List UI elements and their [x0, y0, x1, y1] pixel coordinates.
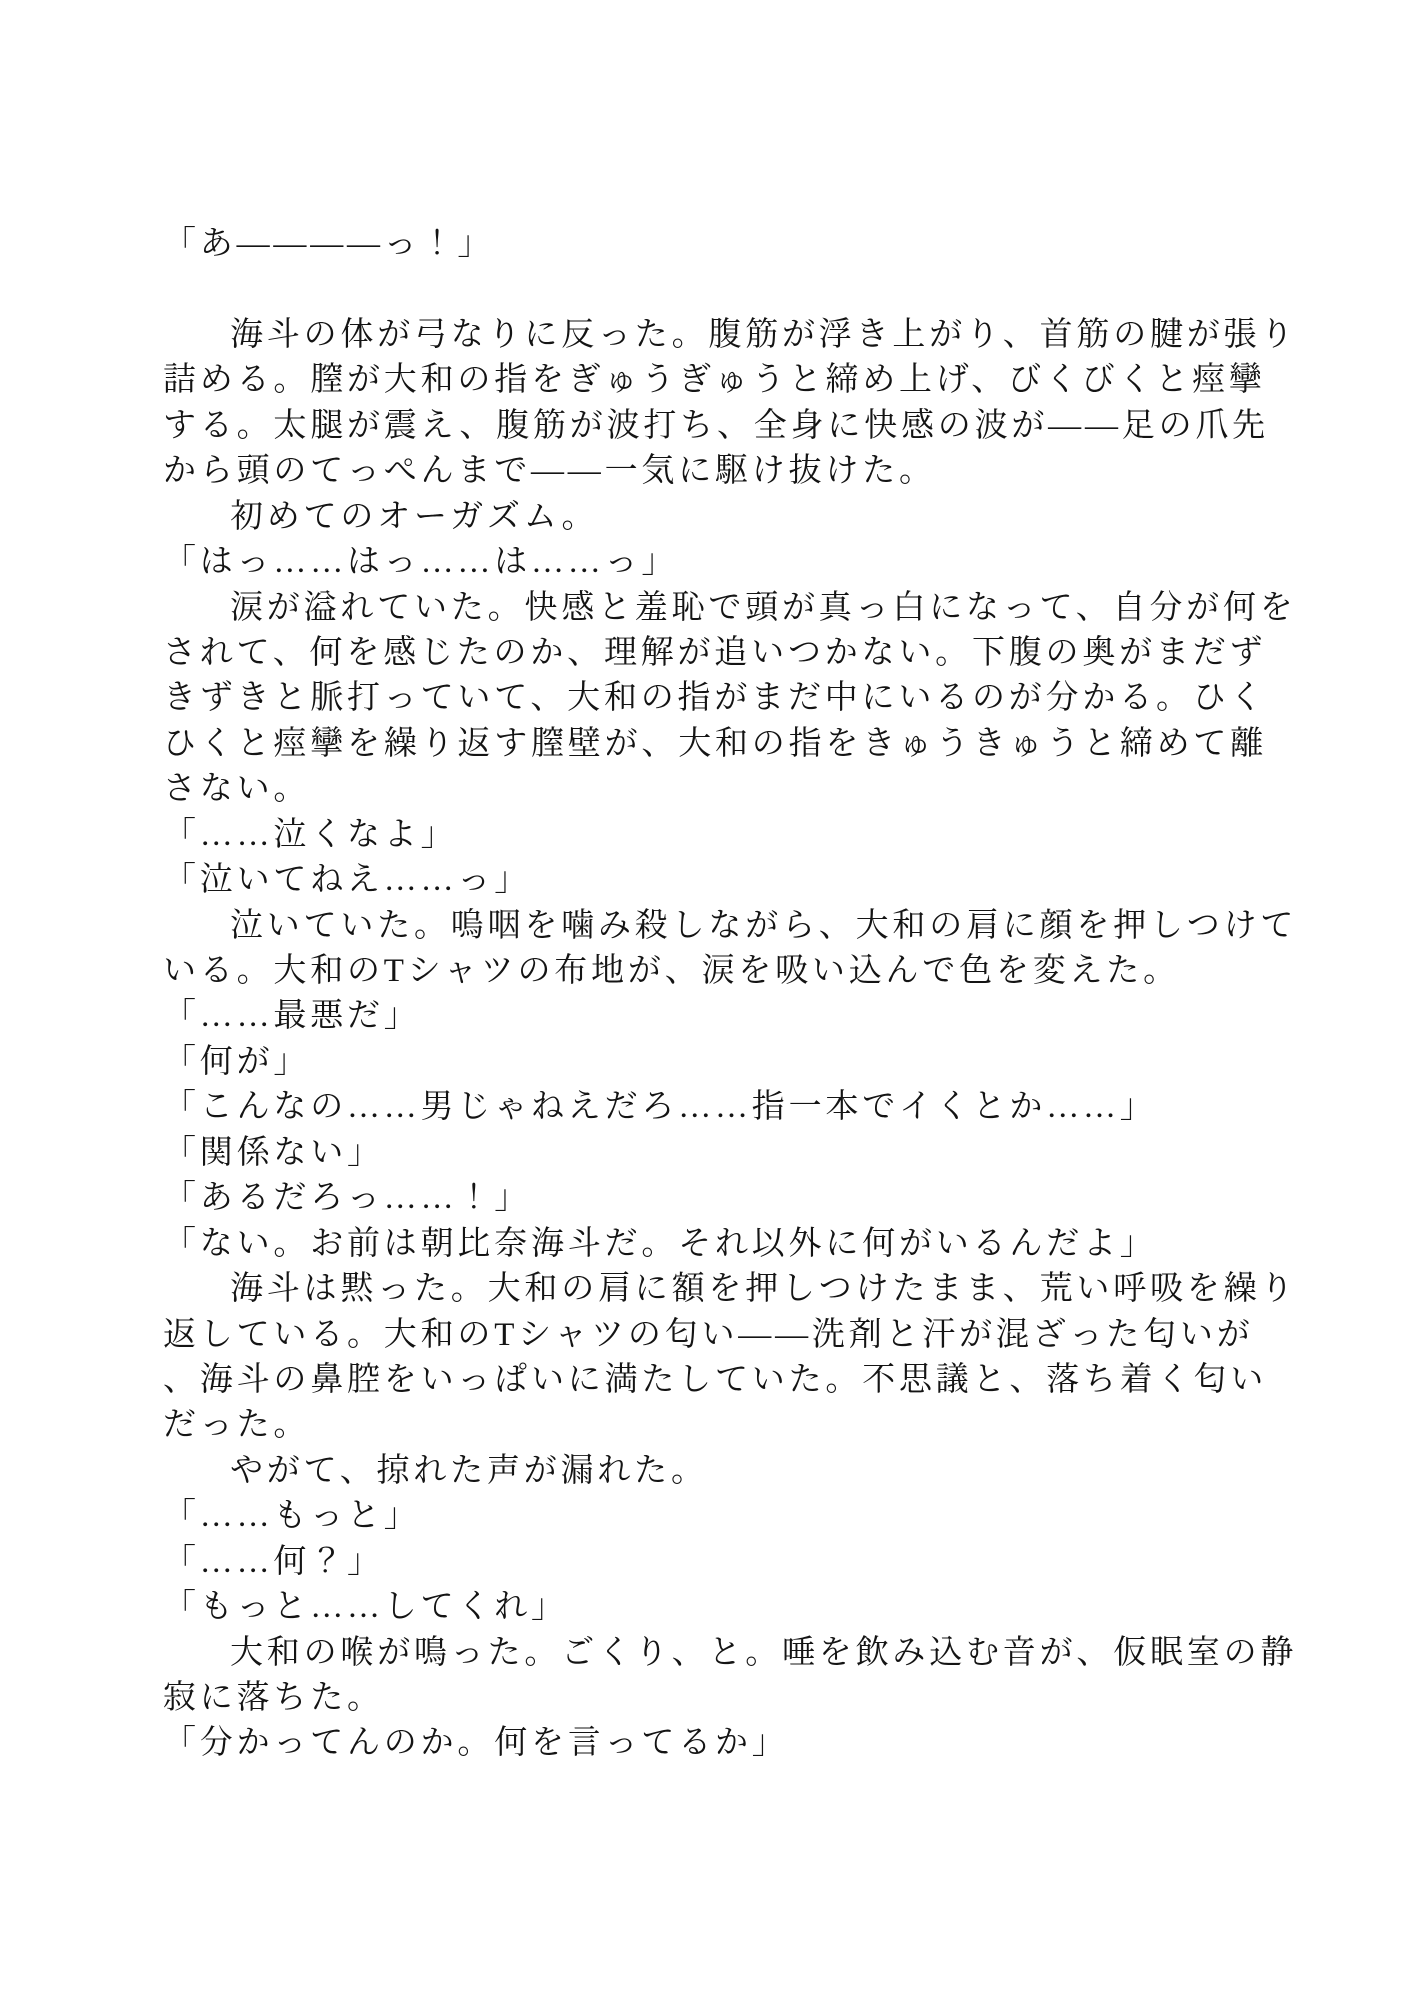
text-line: する。太腿が震え、腹筋が波打ち、全身に快感の波が――足の爪先	[163, 404, 1278, 449]
text-line: 「あるだろっ……！」	[163, 1176, 1278, 1221]
text-line: 「こんなの……男じゃねえだろ……指一本でイくとか……」	[163, 1085, 1278, 1130]
text-line: 「関係ない」	[163, 1131, 1278, 1176]
text-line: 海斗の体が弓なりに反った。腹筋が浮き上がり、首筋の腱が張り	[163, 313, 1278, 358]
text-line: 「もっと……してくれ」	[163, 1585, 1278, 1630]
text-line: 「分かってんのか。何を言ってるか」	[163, 1721, 1278, 1766]
text-line: ひくと痙攣を繰り返す膣壁が、大和の指をきゅうきゅうと締めて離	[163, 722, 1278, 767]
text-line: 「泣いてねえ……っ」	[163, 858, 1278, 903]
text-line: 「……もっと」	[163, 1494, 1278, 1539]
text-line: 大和の喉が鳴った。ごくり、と。唾を飲み込む音が、仮眠室の静	[163, 1631, 1278, 1676]
text-line: 泣いていた。嗚咽を噛み殺しながら、大和の肩に顔を押しつけて	[163, 904, 1278, 949]
text-line: 「あ――――っ！」	[163, 222, 1278, 267]
text-line: きずきと脈打っていて、大和の指がまだ中にいるのが分かる。ひく	[163, 676, 1278, 721]
text-line: 「……泣くなよ」	[163, 813, 1278, 858]
text-line: 「ない。お前は朝比奈海斗だ。それ以外に何がいるんだよ」	[163, 1222, 1278, 1267]
text-line: 「はっ……はっ……は……っ」	[163, 540, 1278, 585]
text-line: 「……最悪だ」	[163, 994, 1278, 1039]
text-line: やがて、掠れた声が漏れた。	[163, 1449, 1278, 1494]
text-line: から頭のてっぺんまで――一気に駆け抜けた。	[163, 449, 1278, 494]
text-line: 涙が溢れていた。快感と羞恥で頭が真っ白になって、自分が何を	[163, 586, 1278, 631]
blank-line	[163, 267, 1278, 312]
text-line: 詰める。膣が大和の指をぎゅうぎゅうと締め上げ、びくびくと痙攣	[163, 358, 1278, 403]
text-line: 寂に落ちた。	[163, 1676, 1278, 1721]
page-text: 「あ――――っ！」 海斗の体が弓なりに反った。腹筋が浮き上がり、首筋の腱が張り詰…	[163, 222, 1278, 1767]
text-line: 初めてのオーガズム。	[163, 495, 1278, 540]
text-line: されて、何を感じたのか、理解が追いつかない。下腹の奥がまだず	[163, 631, 1278, 676]
text-line: 海斗は黙った。大和の肩に額を押しつけたまま、荒い呼吸を繰り	[163, 1267, 1278, 1312]
text-line: いる。大和のTシャツの布地が、涙を吸い込んで色を変えた。	[163, 949, 1278, 994]
text-line: だった。	[163, 1403, 1278, 1448]
text-line: 返している。大和のTシャツの匂い――洗剤と汗が混ざった匂いが	[163, 1313, 1278, 1358]
text-line: さない。	[163, 767, 1278, 812]
text-line: 「何が」	[163, 1040, 1278, 1085]
text-line: 「……何？」	[163, 1540, 1278, 1585]
novel-page: 「あ――――っ！」 海斗の体が弓なりに反った。腹筋が浮き上がり、首筋の腱が張り詰…	[0, 0, 1415, 2000]
text-line: 、海斗の鼻腔をいっぱいに満たしていた。不思議と、落ち着く匂い	[163, 1358, 1278, 1403]
